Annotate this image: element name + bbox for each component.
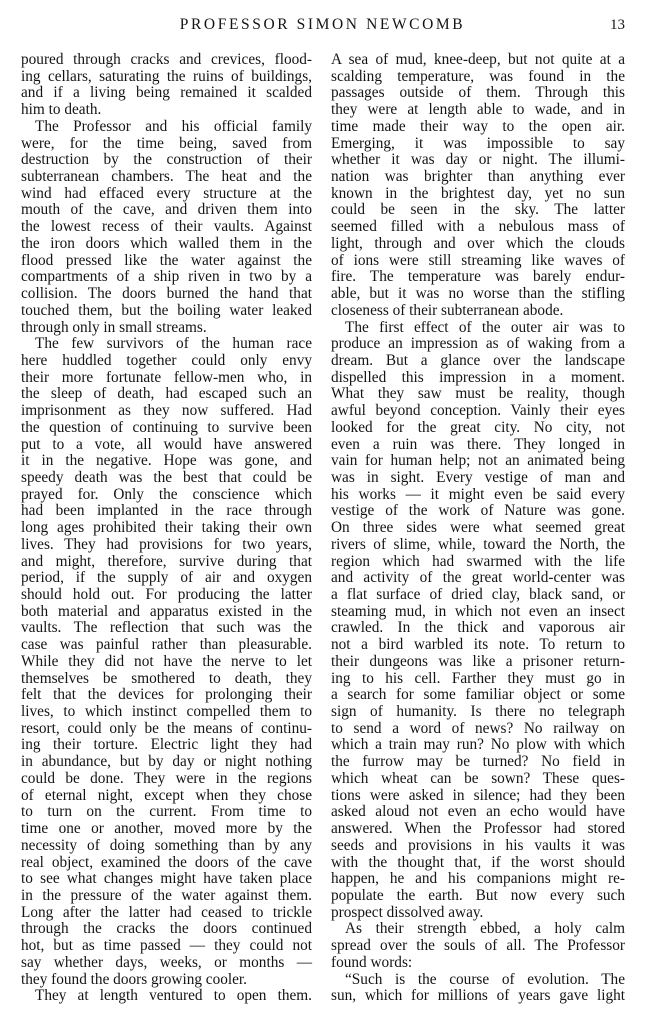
text-line: As their strength ebbed, a holy calm [331, 921, 625, 938]
text-line: a flat surface of dried clay, black sand… [331, 587, 625, 604]
running-title: PROFESSOR SIMON NEWCOMB [0, 16, 645, 34]
text-line: What they saw must be reality, though [331, 386, 625, 403]
text-line: case was painful rather than pleasurable… [21, 637, 312, 654]
text-line: sun, which for millions of years gave li… [331, 988, 625, 1005]
text-line: answered. When the Professor had stored [331, 821, 625, 838]
text-line: “Such is the course of evolution. The [331, 972, 625, 989]
text-line: prospect dissolved away. [331, 905, 625, 922]
text-line: the lowest recess of their vaults. Again… [21, 219, 312, 236]
text-line: vestige of the work of Nature was gone. [331, 503, 625, 520]
text-line: a search for some familiar object or som… [331, 687, 625, 704]
text-line: ing their torture. Electric light they h… [21, 737, 312, 754]
text-line: put to a vote, all would have answered [21, 437, 312, 454]
text-line: speedy death was the best that could be [21, 470, 312, 487]
text-line: fire. The temperature was barely endur- [331, 269, 625, 286]
text-line: his works — it might even be said every [331, 487, 625, 504]
text-line: ing to his cell. Farther they must go in [331, 671, 625, 688]
text-line: region which had swarmed with the life [331, 554, 625, 571]
text-line: here huddled together could only envy [21, 353, 312, 370]
text-line: populate the earth. But now every such [331, 888, 625, 905]
text-line: of eternal night, except when they chose [21, 788, 312, 805]
text-line: to see what changes might have taken pla… [21, 871, 312, 888]
page-number: 13 [610, 17, 625, 34]
text-line: their dungeons was like a prisoner retur… [331, 654, 625, 671]
text-line: The first effect of the outer air was to [331, 320, 625, 337]
text-line: vaults. The reflection that such was the [21, 620, 312, 637]
text-line: their more fortunate fellow-men who, in [21, 370, 312, 387]
text-line: in the pressure of the water against the… [21, 888, 312, 905]
text-line: ing cellars, saturating the ruins of bui… [21, 69, 312, 86]
text-line: to turn on the current. From time to [21, 804, 312, 821]
text-line: seeds and provisions in his vaults it wa… [331, 838, 625, 855]
text-line: On three sides were what seemed great [331, 520, 625, 537]
text-line: happen, he and his companions might re- [331, 871, 625, 888]
text-line: they found the doors growing cooler. [21, 972, 312, 989]
text-column-left: poured through cracks and crevices, floo… [21, 52, 312, 1005]
text-line: subterranean chambers. The heat and the [21, 169, 312, 186]
text-line: poured through cracks and crevices, floo… [21, 52, 312, 69]
text-line: resort, could only be the means of conti… [21, 721, 312, 738]
text-line: him to death. [21, 102, 312, 119]
text-line: crawled. In the thick and vaporous air [331, 620, 625, 637]
text-line: produce an impression as of waking from … [331, 336, 625, 353]
text-line: necessity of doing something than by any [21, 838, 312, 855]
text-line: long ages prohibited their taking their … [21, 520, 312, 537]
text-line: lives, to which instinct compelled them … [21, 704, 312, 721]
text-line: felt that the devices for prolonging the… [21, 687, 312, 704]
text-line: the iron doors which walled them in the [21, 236, 312, 253]
text-line: time made their way to the open air. [331, 119, 625, 136]
text-line: to send a word of news? No railway on [331, 721, 625, 738]
text-line: mouth of the cave, and driven them into [21, 202, 312, 219]
text-line: rivers of slime, while, toward the North… [331, 537, 625, 554]
text-line: closeness of their subterranean abode. [331, 303, 625, 320]
text-line: not a bird warbled its note. To return t… [331, 637, 625, 654]
text-line: nation was brighter than anything ever [331, 169, 625, 186]
text-line: real object, examined the doors of the c… [21, 855, 312, 872]
text-line: They at length ventured to open them. [21, 988, 312, 1005]
text-line: and might, therefore, survive during tha… [21, 554, 312, 571]
text-line: A sea of mud, knee-deep, but not quite a… [331, 52, 625, 69]
text-line: asked aloud not even an echo would have [331, 804, 625, 821]
text-line: and if a living being remained it scalde… [21, 85, 312, 102]
text-line: and activity of the great world-center w… [331, 570, 625, 587]
text-line: able, but it was no worse than the stifl… [331, 286, 625, 303]
text-line: they were at length able to wade, and in [331, 102, 625, 119]
text-line: which a train may run? No plow with whic… [331, 737, 625, 754]
text-line: found words: [331, 955, 625, 972]
text-line: seemed filled with a nebulous mass of [331, 219, 625, 236]
text-line: The Professor and his official family [21, 119, 312, 136]
text-line: with the thought that, if the worst shou… [331, 855, 625, 872]
text-line: known in the brightest day, yet no sun [331, 186, 625, 203]
text-line: the furrow may be turned? No field in [331, 754, 625, 771]
text-line: dream. But a glance over the landscape [331, 353, 625, 370]
text-line: period, if the supply of air and oxygen [21, 570, 312, 587]
text-line: both material and apparatus existed in t… [21, 604, 312, 621]
text-line: While they did not have the nerve to let [21, 654, 312, 671]
text-line: touched them, but the boiling water leak… [21, 303, 312, 320]
text-line: say whether days, weeks, or months — [21, 955, 312, 972]
running-head: PROFESSOR SIMON NEWCOMB 13 [0, 16, 645, 38]
text-line: through the cracks the doors continued [21, 921, 312, 938]
text-line: time one or another, moved more by the [21, 821, 312, 838]
text-line: destruction by the construction of their [21, 152, 312, 169]
text-column-right: A sea of mud, knee-deep, but not quite a… [331, 52, 625, 1005]
text-line: wind had effaced every structure at the [21, 186, 312, 203]
text-line: themselves be smothered to death, they [21, 671, 312, 688]
text-line: flood pressed like the water against the [21, 253, 312, 270]
text-line: collision. The doors burned the hand tha… [21, 286, 312, 303]
text-line: hot, but as time passed — they could not [21, 938, 312, 955]
text-line: should hold out. For producing the latte… [21, 587, 312, 604]
text-line: Emerging, it was impossible to say [331, 136, 625, 153]
text-line: spread over the souls of all. The Profes… [331, 938, 625, 955]
text-line: imprisonment as they now suffered. Had [21, 403, 312, 420]
text-line: passages outside of them. Through this [331, 85, 625, 102]
text-line: scalding temperature, was found in the [331, 69, 625, 86]
text-line: through only in small streams. [21, 320, 312, 337]
text-line: light, through and over which the clouds [331, 236, 625, 253]
text-line: in abundance, but by day or night nothin… [21, 754, 312, 771]
text-line: lives. They had provisions for two years… [21, 537, 312, 554]
text-line: The few survivors of the human race [21, 336, 312, 353]
text-line: steaming mud, in which not even an insec… [331, 604, 625, 621]
text-line: looked for the great city. No city, not [331, 420, 625, 437]
text-line: Long after the latter had ceased to tric… [21, 905, 312, 922]
text-line: could be done. They were in the regions [21, 771, 312, 788]
text-line: whether it was day or night. The illumi- [331, 152, 625, 169]
text-line: of ions were still streaming like waves … [331, 253, 625, 270]
text-line: compartments of a ship riven in two by a [21, 269, 312, 286]
text-line: vain for human help; not an animated bei… [331, 453, 625, 470]
text-line: the question of continuing to survive be… [21, 420, 312, 437]
text-line: tions were asked in silence; had they be… [331, 788, 625, 805]
book-page: PROFESSOR SIMON NEWCOMB 13 poured throug… [0, 0, 645, 1023]
text-line: prayed for. Only the conscience which [21, 487, 312, 504]
text-line: had been implanted in the race through [21, 503, 312, 520]
text-line: was in sight. Every vestige of man and [331, 470, 625, 487]
text-line: which wheat can be sown? These ques- [331, 771, 625, 788]
text-line: could be seen in the sky. The latter [331, 202, 625, 219]
text-line: the sleep of death, had escaped such an [21, 386, 312, 403]
text-line: it in the negative. Hope was gone, and [21, 453, 312, 470]
text-line: dispelled this impression in a moment. [331, 370, 625, 387]
text-line: awful beyond conception. Vainly their ey… [331, 403, 625, 420]
text-line: even a ruin was there. They longed in [331, 437, 625, 454]
text-line: were, for the time being, saved from [21, 136, 312, 153]
text-line: sign of humanity. Is there no telegraph [331, 704, 625, 721]
